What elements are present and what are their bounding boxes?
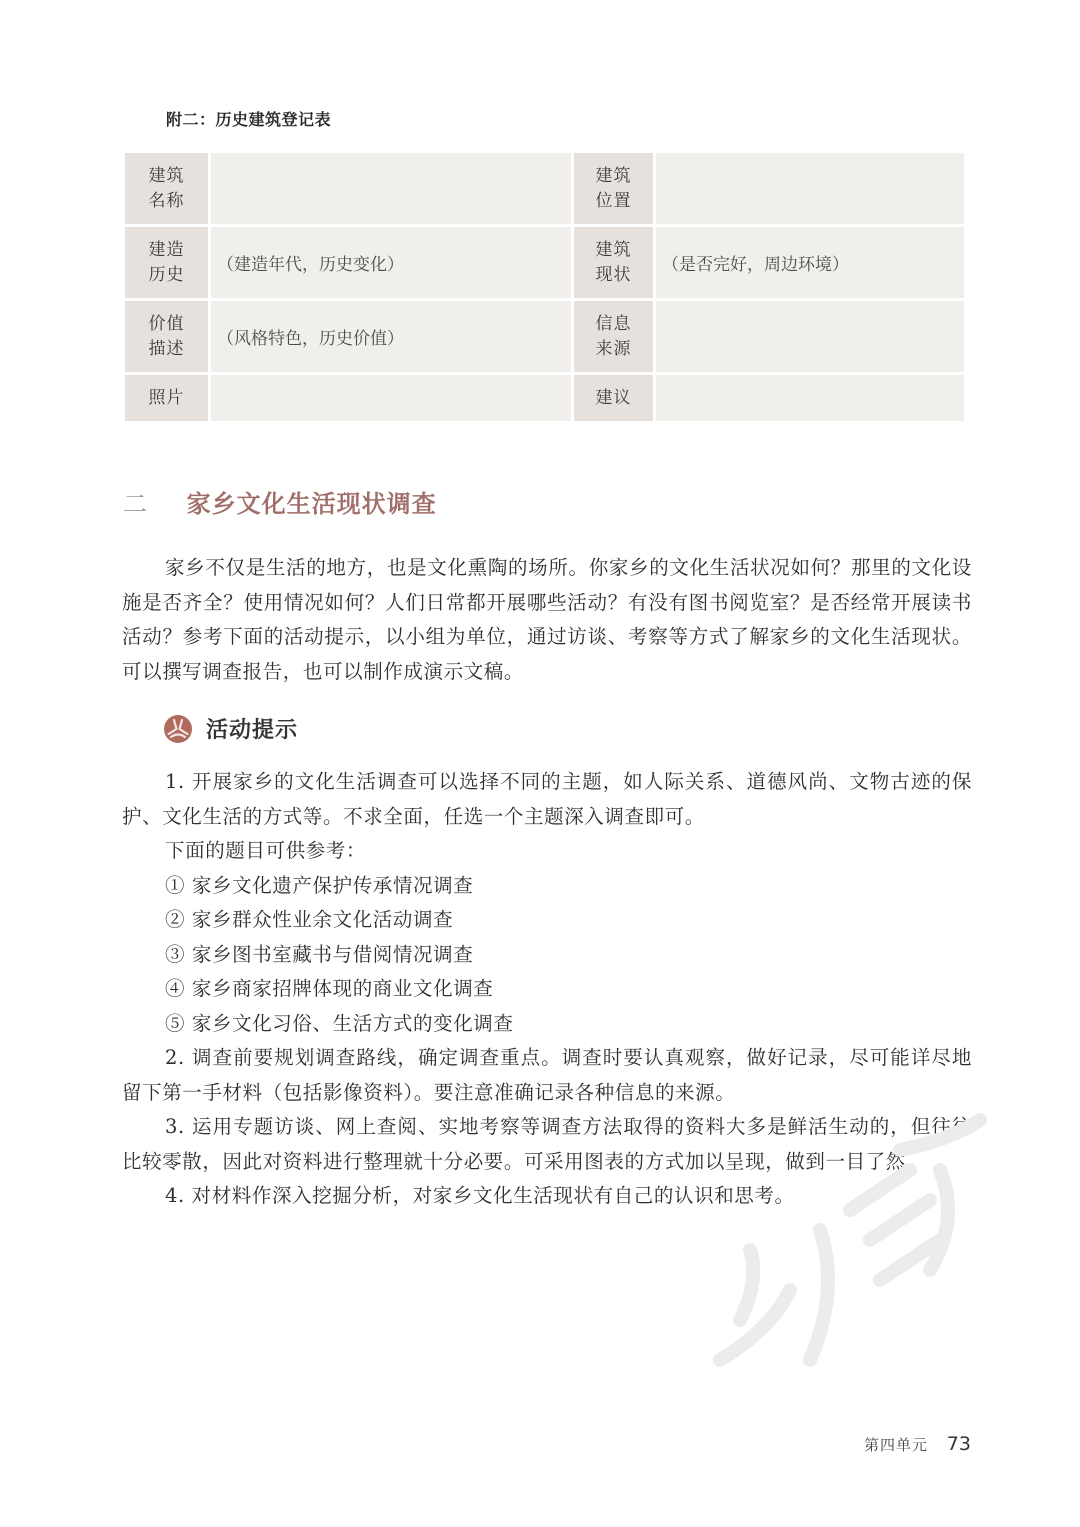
- table-row: 建筑 名称 建筑 位置: [125, 153, 964, 224]
- value-value-description[interactable]: （风格特色，历史价值）: [211, 301, 571, 372]
- table-row: 建造 历史 （建造年代，历史变化） 建筑 现状 （是否完好，周边环境）: [125, 227, 964, 298]
- hint-point-3: 3. 运用专题访谈、网上查阅、实地考察等调查方法取得的资料大多是鲜活生动的，但往…: [122, 1110, 972, 1179]
- label-building-condition: 建筑 现状: [574, 227, 653, 298]
- activity-emblem-icon: [164, 715, 192, 743]
- activity-hints-body: 1. 开展家乡的文化生活调查可以选择不同的主题，如人际关系、道德风尚、文物古迹的…: [122, 765, 972, 1214]
- page-number: 73: [947, 1433, 971, 1455]
- value-suggestion[interactable]: [656, 375, 964, 421]
- activity-hints-label: 活动提示: [206, 713, 298, 744]
- value-building-name[interactable]: [211, 153, 571, 224]
- section-intro-paragraph: 家乡不仅是生活的地方，也是文化熏陶的场所。你家乡的文化生活状况如何？那里的文化设…: [122, 551, 972, 689]
- page-footer: 第四单元 73: [864, 1433, 971, 1455]
- value-building-location[interactable]: [656, 153, 964, 224]
- unit-label: 第四单元: [864, 1436, 928, 1454]
- topics-intro: 下面的题目可供参考：: [122, 834, 972, 869]
- label-value-description: 价值 描述: [125, 301, 208, 372]
- value-construction-history[interactable]: （建造年代，历史变化）: [211, 227, 571, 298]
- table-row: 价值 描述 （风格特色，历史价值） 信息 来源: [125, 301, 964, 372]
- label-construction-history: 建造 历史: [125, 227, 208, 298]
- topic-item: ① 家乡文化遗产保护传承情况调查: [122, 869, 972, 904]
- section-heading: 二 家乡文化生活现状调查: [123, 484, 437, 519]
- value-photo[interactable]: [211, 375, 571, 421]
- table-row: 照片 建议: [125, 375, 964, 421]
- label-information-source: 信息 来源: [574, 301, 653, 372]
- topic-item: ③ 家乡图书室藏书与借阅情况调查: [122, 938, 972, 973]
- section-number: 二: [123, 490, 148, 518]
- activity-hints-heading: 活动提示: [164, 713, 298, 744]
- label-suggestion: 建议: [574, 375, 653, 421]
- label-building-name: 建筑 名称: [125, 153, 208, 224]
- topic-item: ② 家乡群众性业余文化活动调查: [122, 903, 972, 938]
- hint-point-1: 1. 开展家乡的文化生活调查可以选择不同的主题，如人际关系、道德风尚、文物古迹的…: [122, 765, 972, 834]
- hint-point-2: 2. 调查前要规划调查路线，确定调查重点。调查时要认真观察，做好记录，尽可能详尽…: [122, 1041, 972, 1110]
- value-building-condition[interactable]: （是否完好，周边环境）: [656, 227, 964, 298]
- value-information-source[interactable]: [656, 301, 964, 372]
- appendix-title: 附二：历史建筑登记表: [166, 107, 331, 130]
- label-photo: 照片: [125, 375, 208, 421]
- topic-item: ⑤ 家乡文化习俗、生活方式的变化调查: [122, 1007, 972, 1042]
- topic-item: ④ 家乡商家招牌体现的商业文化调查: [122, 972, 972, 1007]
- hint-point-4: 4. 对材料作深入挖掘分析，对家乡文化生活现状有自己的认识和思考。: [122, 1179, 972, 1214]
- label-building-location: 建筑 位置: [574, 153, 653, 224]
- historic-building-registration-table: 建筑 名称 建筑 位置 建造 历史 （建造年代，历史变化） 建筑 现状 （是否完…: [122, 150, 967, 424]
- section-title: 家乡文化生活现状调查: [187, 489, 437, 518]
- textbook-page: 附二：历史建筑登记表 建筑 名称 建筑 位置 建造 历史 （建造年代，历史变化）…: [0, 0, 1080, 1527]
